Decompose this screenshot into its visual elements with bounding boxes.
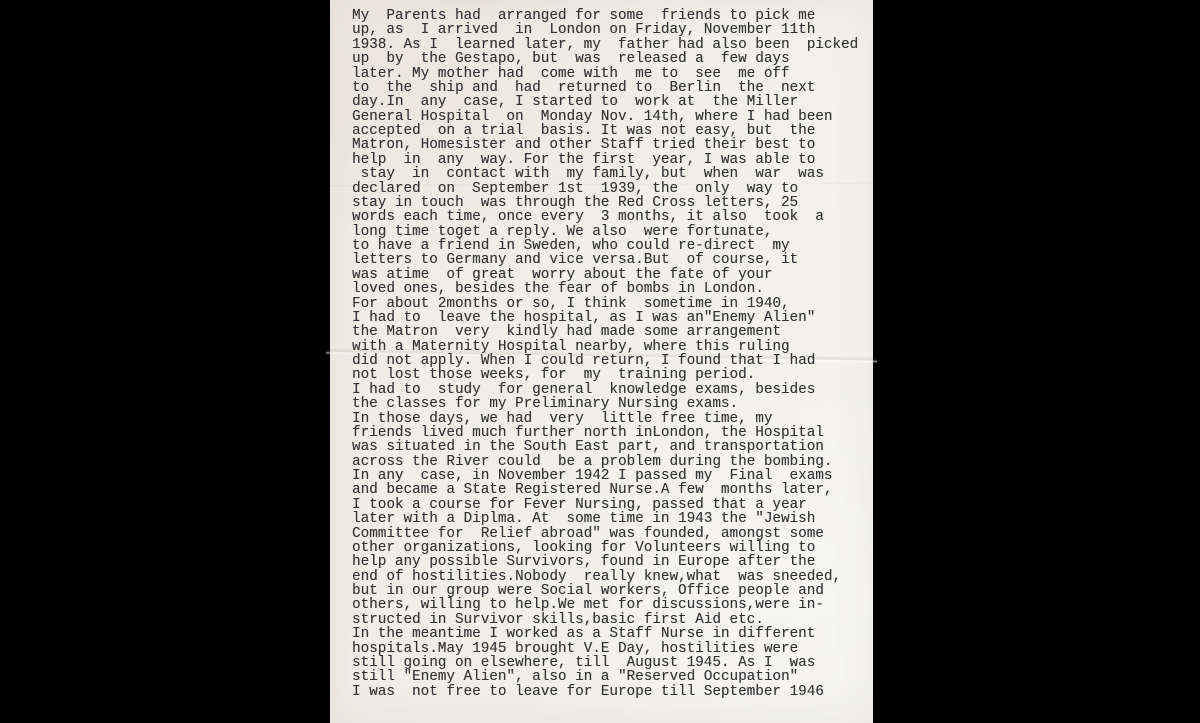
- text-line: still going on elsewhere, till August 19…: [352, 656, 858, 670]
- text-line: day.In any case, I started to work at th…: [352, 95, 858, 109]
- text-line: up by the Gestapo, but was released a fe…: [352, 52, 858, 66]
- text-line: not lost those weeks, for my training pe…: [352, 368, 858, 382]
- text-line: long time toget a reply. We also were fo…: [352, 225, 858, 239]
- text-line: For about 2months or so, I think sometim…: [352, 297, 858, 311]
- text-line: structed in Survivor skills,basic first …: [352, 613, 858, 627]
- text-line: In those days, we had very little free t…: [352, 412, 858, 426]
- text-line: I was not free to leave for Europe till …: [352, 685, 858, 699]
- typewritten-text: My Parents had arranged for some friends…: [352, 9, 858, 699]
- text-line: with a Maternity Hospital nearby, where …: [352, 340, 858, 354]
- text-line: I had to leave the hospital, as I was an…: [352, 311, 858, 325]
- text-line: Committee for Relief abroad" was founded…: [352, 527, 858, 541]
- text-line: Matron, Homesister and other Staff tried…: [352, 138, 858, 152]
- text-line: My Parents had arranged for some friends…: [352, 9, 858, 23]
- text-line: declared on September 1st 1939, the only…: [352, 182, 858, 196]
- text-line: end of hostilities.Nobody really knew,wh…: [352, 570, 858, 584]
- text-line: other organizations, looking for Volunte…: [352, 541, 858, 555]
- text-line: and became a State Registered Nurse.A fe…: [352, 483, 858, 497]
- text-line: to the ship and had returned to Berlin t…: [352, 81, 858, 95]
- text-line: others, willing to help.We met for discu…: [352, 598, 858, 612]
- text-line: In any case, in November 1942 I passed m…: [352, 469, 858, 483]
- text-line: accepted on a trial basis. It was not ea…: [352, 124, 858, 138]
- text-line: up, as I arrived in London on Friday, No…: [352, 23, 858, 37]
- text-line: I had to study for general knowledge exa…: [352, 383, 858, 397]
- text-line: was situated in the South East part, and…: [352, 440, 858, 454]
- text-line: hospitals.May 1945 brought V.E Day, host…: [352, 642, 858, 656]
- text-line: help in any way. For the first year, I w…: [352, 153, 858, 167]
- text-line: still "Enemy Alien", also in a "Reserved…: [352, 670, 858, 684]
- text-line: I took a course for Fever Nursing, passe…: [352, 498, 858, 512]
- text-line: help any possible Survivors, found in Eu…: [352, 555, 858, 569]
- text-line: was atime of great worry about the fate …: [352, 268, 858, 282]
- text-line: across the River could be a problem duri…: [352, 455, 858, 469]
- text-line: but in our group were Social workers, Of…: [352, 584, 858, 598]
- text-line: words each time, once every 3 months, it…: [352, 210, 858, 224]
- text-line: later. My mother had come with me to see…: [352, 67, 858, 81]
- text-line: In the meantime I worked as a Staff Nurs…: [352, 627, 858, 641]
- text-line: stay in contact with my family, but when…: [352, 167, 858, 181]
- text-line: friends lived much further north inLondo…: [352, 426, 858, 440]
- text-line: stay in touch was through the Red Cross …: [352, 196, 858, 210]
- text-line: General Hospital on Monday Nov. 14th, wh…: [352, 110, 858, 124]
- text-line: the Matron very kindly had made some arr…: [352, 325, 858, 339]
- text-line: letters to Germany and vice versa.But of…: [352, 253, 858, 267]
- text-line: did not apply. When I could return, I fo…: [352, 354, 858, 368]
- text-line: to have a friend in Sweden, who could re…: [352, 239, 858, 253]
- document-page: My Parents had arranged for some friends…: [330, 0, 873, 723]
- photo-background: My Parents had arranged for some friends…: [0, 0, 1200, 723]
- text-line: the classes for my Preliminary Nursing e…: [352, 397, 858, 411]
- text-line: later with a Diplma. At some time in 194…: [352, 512, 858, 526]
- text-line: loved ones, besides the fear of bombs in…: [352, 282, 858, 296]
- text-line: 1938. As I learned later, my father had …: [352, 38, 858, 52]
